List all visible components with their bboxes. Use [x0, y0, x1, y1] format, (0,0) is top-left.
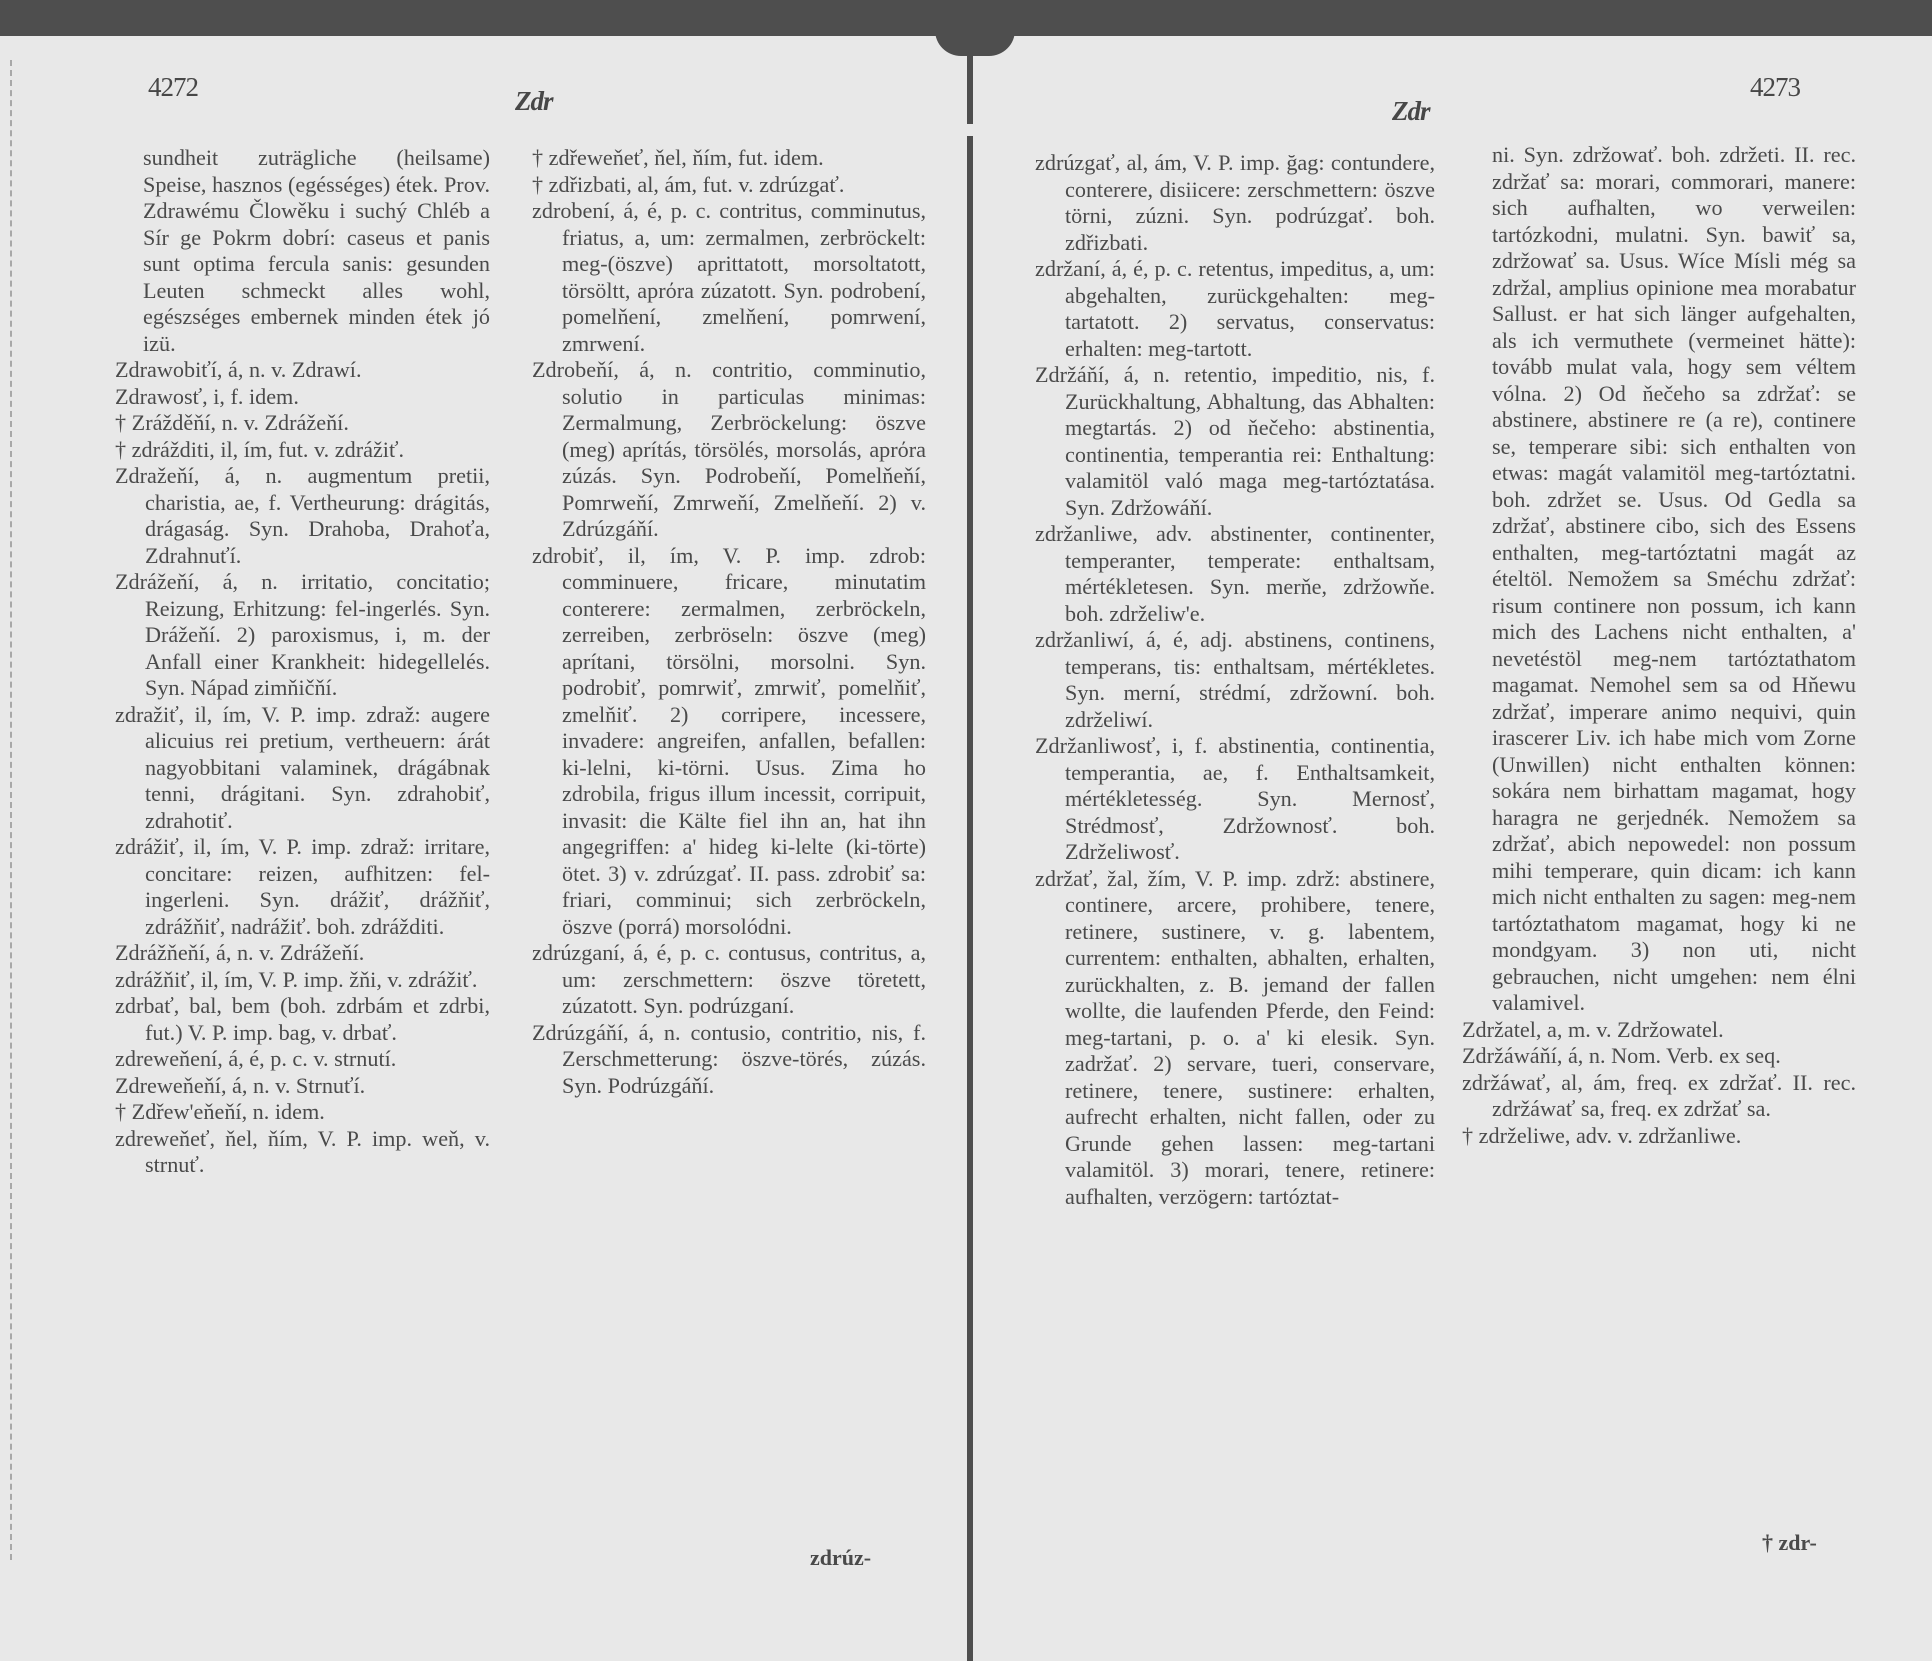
dictionary-entry: † Zdřew'eňeňí, n. idem.	[115, 1099, 490, 1126]
left-page-column-1: sundheit zuträgliche (heilsame) Speise, …	[115, 145, 490, 1179]
dictionary-entry: † zdřeweňeť, ňel, ňím, fut. idem.	[532, 145, 926, 172]
book-gutter	[967, 40, 973, 1661]
gutter-gap	[966, 124, 974, 136]
dictionary-entry: Zdrážňeňí, á, n. v. Zdrážeňí.	[115, 940, 490, 967]
right-page-number: 4273	[1750, 72, 1800, 103]
dictionary-entry: zdrúzganí, á, é, p. c. contusus, contrit…	[532, 940, 926, 1020]
dictionary-entry: Zdrobeňí, á, n. contritio, comminutio, s…	[532, 357, 926, 543]
dictionary-entry: † Zrážděňí, n. v. Zdrážeňí.	[115, 410, 490, 437]
dictionary-entry: zdrúzgať, al, ám, V. P. imp. ğag: contun…	[1035, 150, 1435, 256]
right-page-catchword: † zdr-	[1762, 1530, 1817, 1556]
left-page-edge	[0, 60, 12, 1560]
left-page-column-2: † zdřeweňeť, ňel, ňím, fut. idem. † zdři…	[532, 145, 926, 1099]
dictionary-entry: zdrážiť, il, ím, V. P. imp. zdraž: irrit…	[115, 834, 490, 940]
left-page-catchword: zdrúz-	[810, 1545, 871, 1571]
dictionary-entry: zdreweňeť, ňel, ňím, V. P. imp. weň, v. …	[115, 1126, 490, 1179]
dictionary-entry: Zdržáňí, á, n. retentio, impeditio, nis,…	[1035, 362, 1435, 521]
dictionary-entry: zdrobení, á, é, p. c. contritus, comminu…	[532, 198, 926, 357]
dictionary-entry: † zdřizbati, al, ám, fut. v. zdrúzgať.	[532, 172, 926, 199]
dictionary-entry: Zdrawobiťí, á, n. v. Zdrawí.	[115, 357, 490, 384]
dictionary-entry: Zdržatel, a, m. v. Zdržowatel.	[1462, 1017, 1856, 1044]
dictionary-entry: Zdreweňeňí, á, n. v. Strnuťí.	[115, 1073, 490, 1100]
dictionary-entry: zdrážňiť, il, ím, V. P. imp. žňi, v. zdr…	[115, 967, 490, 994]
dictionary-entry: zdržanliwí, á, é, adj. abstinens, contin…	[1035, 627, 1435, 733]
dictionary-entry: zdržaní, á, é, p. c. retentus, impeditus…	[1035, 256, 1435, 362]
dictionary-entry: Zdražeňí, á, n. augmentum pretii, charis…	[115, 463, 490, 569]
dictionary-entry: zdražiť, il, ím, V. P. imp. zdraž: auger…	[115, 702, 490, 835]
dictionary-entry: † zdrželiwe, adv. v. zdržanliwe.	[1462, 1123, 1856, 1150]
dictionary-entry: zdržanliwe, adv. abstinenter, continente…	[1035, 521, 1435, 627]
dictionary-entry: Zdržanliwosť, i, f. abstinentia, contine…	[1035, 733, 1435, 866]
dictionary-entry: Zdrawosť, i, f. idem.	[115, 384, 490, 411]
dictionary-entry: zdrobiť, il, ím, V. P. imp. zdrob: commi…	[532, 543, 926, 941]
right-running-head: Zdr	[1392, 96, 1430, 127]
dictionary-entry: zdržať, žal, žím, V. P. imp. zdrž: absti…	[1035, 866, 1435, 1211]
dictionary-entry: † zdrážditi, il, ím, fut. v. zdrážiť.	[115, 437, 490, 464]
binding-top-curve	[935, 30, 1015, 56]
left-running-head: Zdr	[515, 86, 553, 117]
dictionary-entry: zdrbať, bal, bem (boh. zdrbám et zdrbi, …	[115, 993, 490, 1046]
right-page-column-1: zdrúzgať, al, ám, V. P. imp. ğag: contun…	[1035, 150, 1435, 1210]
dictionary-entry: Zdrážeňí, á, n. irritatio, concitatio; R…	[115, 569, 490, 702]
dictionary-entry: Zdržáwáňí, á, n. Nom. Verb. ex seq.	[1462, 1043, 1856, 1070]
dictionary-entry: zdreweňení, á, é, p. c. v. strnutí.	[115, 1046, 490, 1073]
dictionary-entry: sundheit zuträgliche (heilsame) Speise, …	[143, 145, 490, 357]
right-page-column-2: ni. Syn. zdržowať. boh. zdržeti. II. rec…	[1462, 142, 1856, 1149]
dictionary-entry: ni. Syn. zdržowať. boh. zdržeti. II. rec…	[1492, 142, 1856, 1017]
dictionary-entry: Zdrúzgáňí, á, n. contusio, contritio, ni…	[532, 1020, 926, 1100]
left-page-number: 4272	[148, 72, 198, 103]
dictionary-entry: zdržáwať, al, ám, freq. ex zdržať. II. r…	[1462, 1070, 1856, 1123]
